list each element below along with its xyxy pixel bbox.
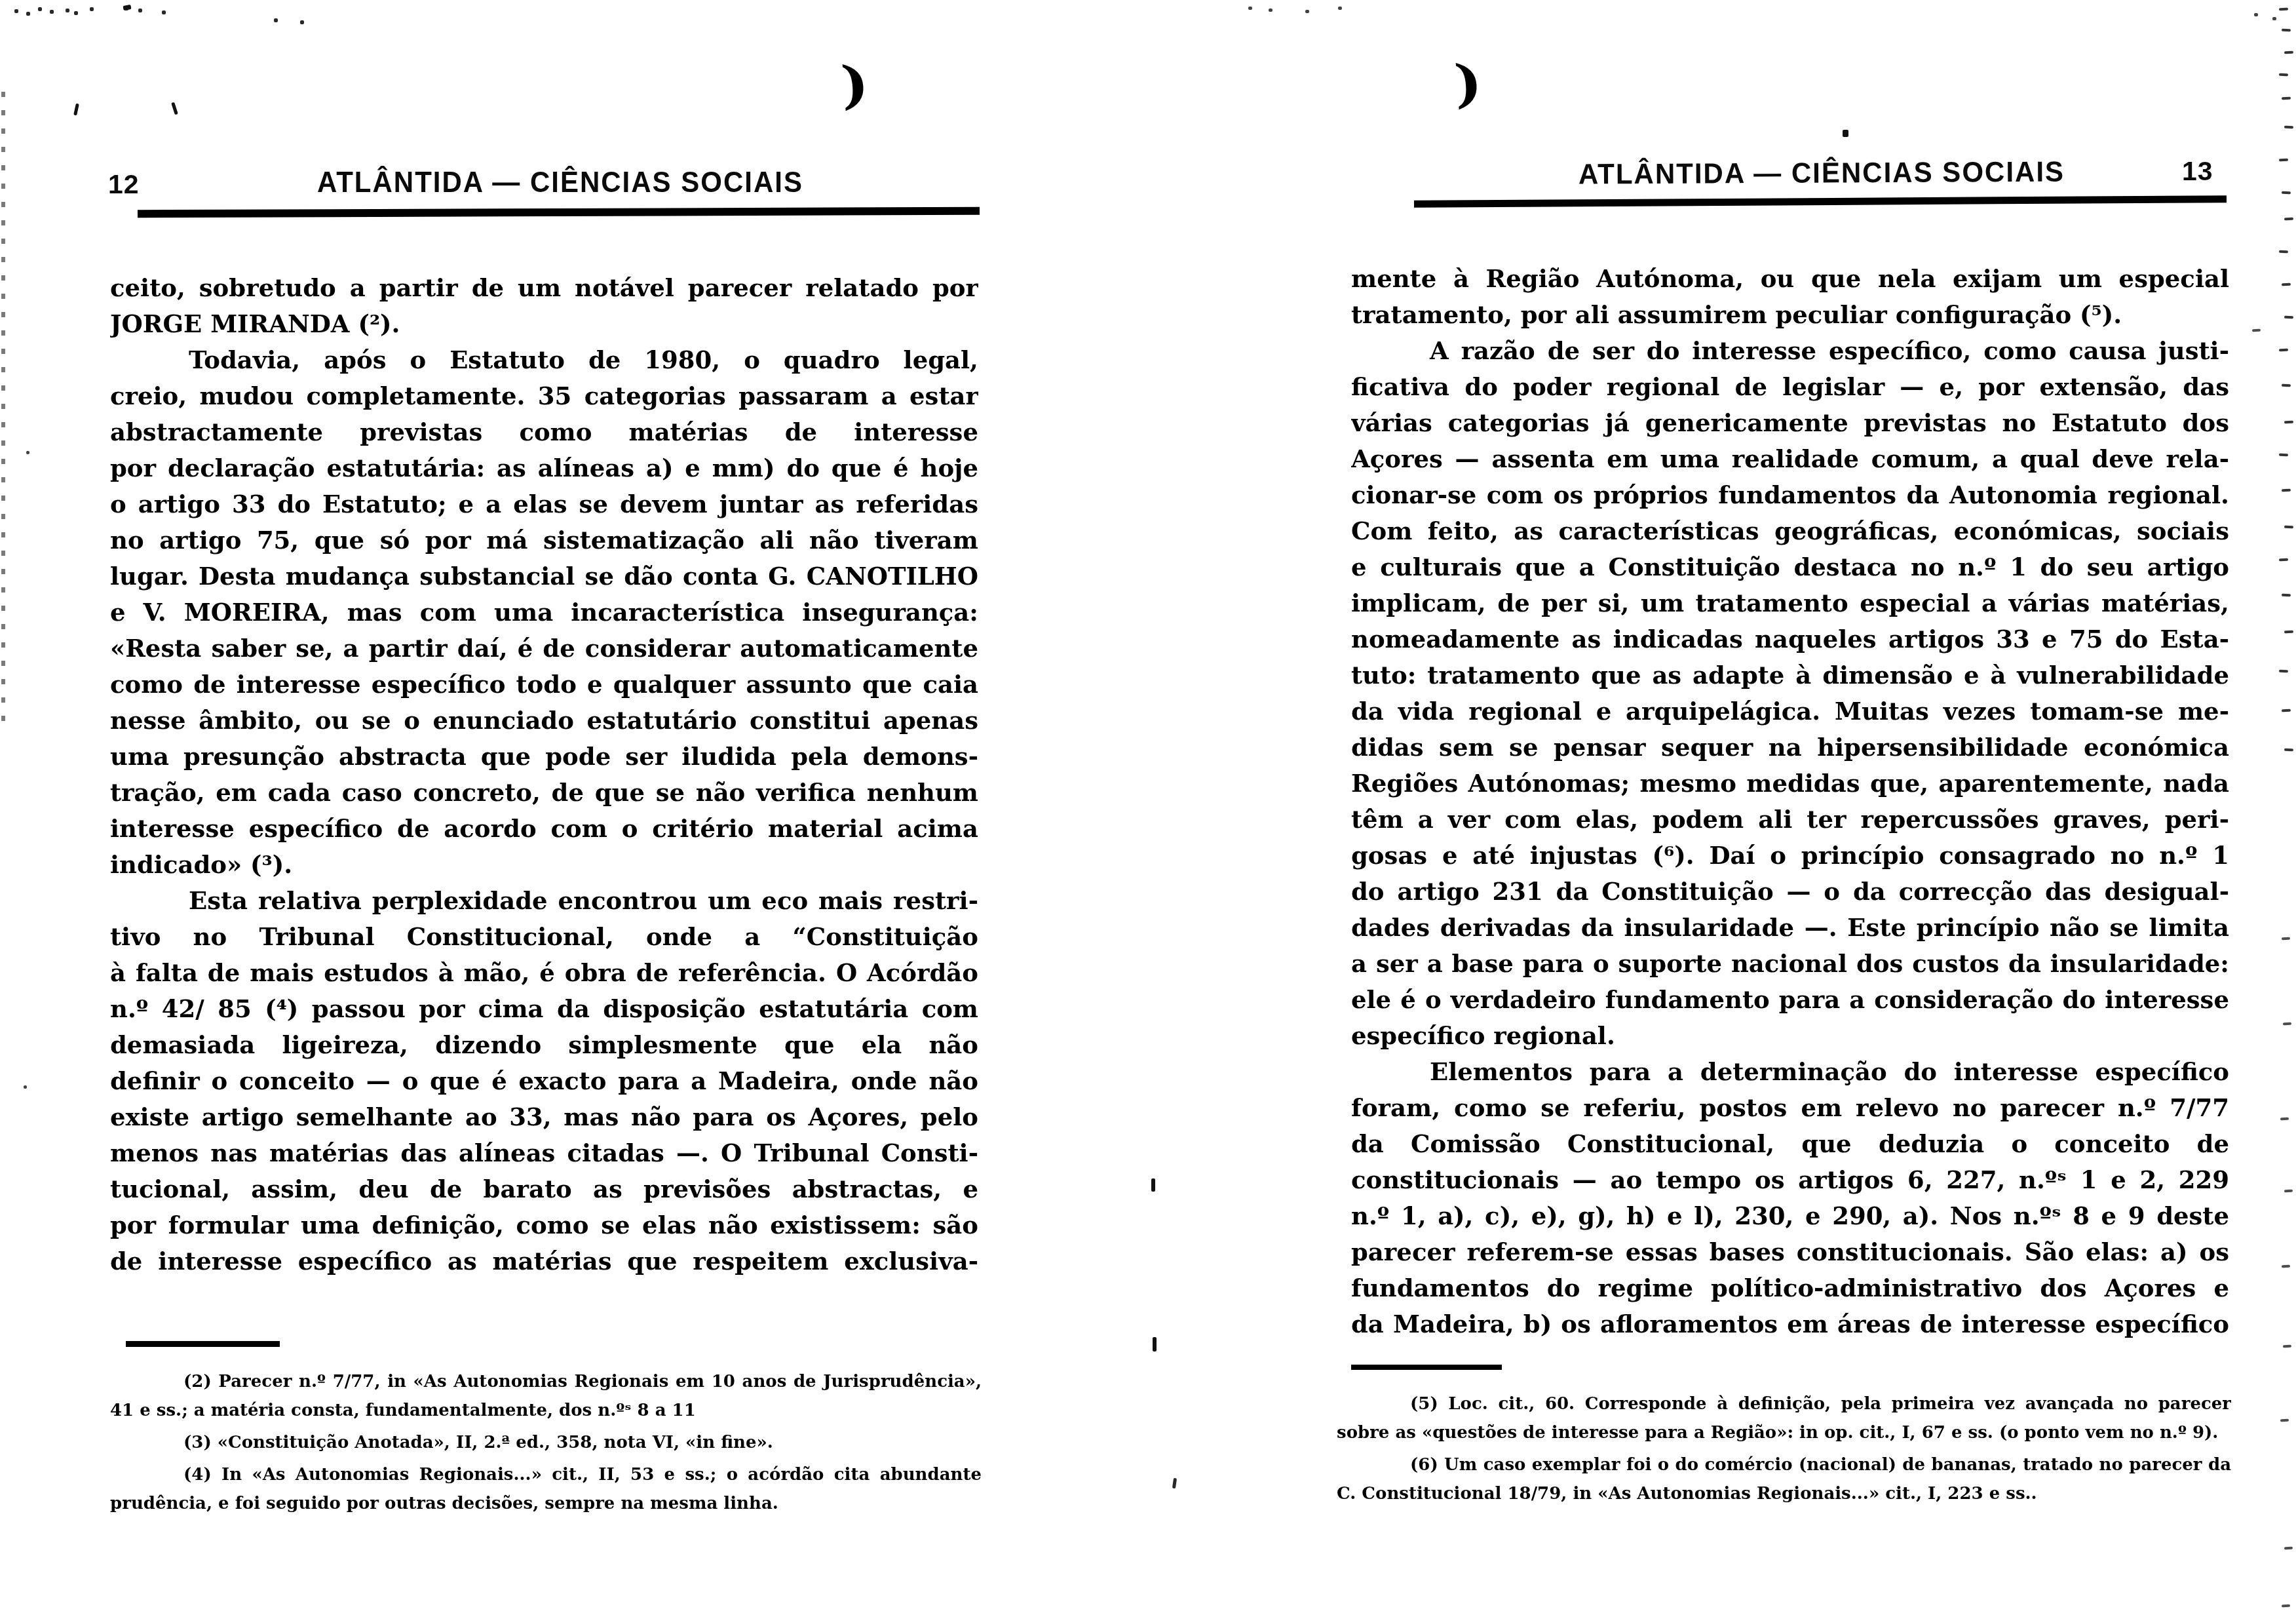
body-line: do artigo 231 da Constituição — o da cor… bbox=[1351, 874, 2229, 910]
scan-speck bbox=[2282, 191, 2291, 195]
scan-speck bbox=[1338, 7, 1342, 10]
scan-speck bbox=[2284, 1547, 2293, 1549]
scan-speck bbox=[2282, 709, 2291, 712]
body-line: como de interesse específico todo e qual… bbox=[110, 667, 978, 703]
body-line: Elementos para a determinação do interes… bbox=[1351, 1054, 2229, 1090]
scan-speck bbox=[2254, 13, 2258, 16]
body-line: mente à Região Autónoma, ou que nela exi… bbox=[1351, 261, 2229, 297]
body-line: creio, mudou completamente. 35 categoria… bbox=[110, 378, 978, 414]
right-header-rule bbox=[1414, 195, 2227, 208]
scan-speck bbox=[2282, 97, 2291, 100]
body-line: constitucionais — ao tempo os artigos 6,… bbox=[1351, 1162, 2229, 1198]
body-line: n.º 1, a), c), e), g), h) e l), 230, e 2… bbox=[1351, 1198, 2229, 1234]
scan-speck bbox=[2280, 1419, 2289, 1422]
body-line: gosas e até injustas (⁶). Daí o princípi… bbox=[1351, 838, 2229, 874]
body-line: Regiões Autónomas; mesmo medidas que, ap… bbox=[1351, 766, 2229, 802]
body-line: à falta de mais estudos à mão, é obra de… bbox=[110, 955, 978, 991]
body-line: foram, como se referiu, postos em relevo… bbox=[1351, 1090, 2229, 1126]
body-line: e culturais que a Constituição destaca n… bbox=[1351, 549, 2229, 585]
scan-speck bbox=[2282, 384, 2291, 387]
scan-speck bbox=[274, 18, 278, 22]
body-line: específico regional. bbox=[1351, 1018, 2229, 1054]
scan-speck bbox=[1843, 130, 1848, 137]
footnote-line: sobre as «questões de interesse para a R… bbox=[1337, 1418, 2231, 1447]
scan-speck bbox=[2284, 1190, 2293, 1192]
body-line: tucional, assim, deu de barato as previs… bbox=[110, 1171, 978, 1207]
right-footnotes: (5) Loc. cit., 60. Corresponde à definiç… bbox=[1337, 1390, 2231, 1511]
body-line: didas sem se pensar sequer na hipersensi… bbox=[1351, 730, 2229, 766]
body-line: abstractamente previstas como matérias d… bbox=[110, 414, 978, 450]
body-line: Com feito, as características geográfica… bbox=[1351, 513, 2229, 549]
scan-speck bbox=[2284, 316, 2293, 319]
body-line: de interesse específico as matérias que … bbox=[110, 1243, 978, 1279]
scan-speck bbox=[1305, 10, 1309, 13]
scan-speck bbox=[2284, 51, 2293, 54]
scan-speck bbox=[2279, 250, 2288, 254]
scan-speck bbox=[2252, 329, 2261, 332]
scan-speck bbox=[2282, 937, 2290, 940]
right-body-text: mente à Região Autónoma, ou que nela exi… bbox=[1351, 261, 2229, 1342]
body-line: o artigo 33 do Estatuto; e a elas se dev… bbox=[110, 486, 978, 522]
left-body-text: ceito, sobretudo a partir de um notável … bbox=[110, 270, 978, 1279]
body-line: existe artigo semelhante ao 33, mas não … bbox=[110, 1099, 978, 1135]
body-line: lugar. Desta mudança substancial se dão … bbox=[110, 558, 978, 594]
body-line: Esta relativa perplexidade encontrou um … bbox=[110, 883, 978, 919]
scan-speck bbox=[1269, 9, 1272, 12]
body-line: interesse específico de acordo com o cri… bbox=[110, 811, 978, 847]
footnote: (4) In «As Autonomias Regionais...» cit.… bbox=[110, 1460, 982, 1518]
scan-speck bbox=[74, 11, 78, 15]
footnote: (6) Um caso exemplar foi o do comércio (… bbox=[1337, 1450, 2231, 1508]
right-running-header: ATLÂNTIDA — CIÊNCIAS SOCIAIS bbox=[1415, 155, 2228, 191]
footnote-line: (5) Loc. cit., 60. Corresponde à definiç… bbox=[1337, 1390, 2231, 1418]
body-line: tratamento, por ali assumirem peculiar c… bbox=[1351, 297, 2229, 333]
footnote-line: C. Constitucional 18/79, in «As Autonomi… bbox=[1337, 1479, 2231, 1508]
scan-speck bbox=[2279, 670, 2288, 673]
scanned-book-spread: { "artifact_glyphs": { "paren": ")" }, "… bbox=[0, 0, 2296, 1615]
body-line: da Madeira, b) os afloramentos em áreas … bbox=[1351, 1306, 2229, 1342]
left-footnote-rule bbox=[126, 1341, 280, 1347]
scan-speck bbox=[300, 20, 304, 24]
scan-speck bbox=[38, 7, 42, 11]
scan-speck bbox=[2283, 1022, 2291, 1025]
left-footnotes: (2) Parecer n.º 7/77, in «As Autonomias … bbox=[110, 1367, 982, 1521]
scan-speck bbox=[2279, 454, 2288, 457]
body-line: indicado» (³). bbox=[110, 847, 978, 883]
footnote: (3) «Constituição Anotada», II, 2.ª ed.,… bbox=[110, 1428, 982, 1457]
body-line: e V. MOREIRA, mas com uma incaracterísti… bbox=[110, 594, 978, 631]
left-running-header: ATLÂNTIDA — CIÊNCIAS SOCIAIS bbox=[141, 166, 980, 199]
scan-speck bbox=[50, 10, 54, 14]
body-line: cionar-se com os próprios fundamentos da… bbox=[1351, 477, 2229, 513]
scan-speck bbox=[26, 12, 30, 16]
scan-speck bbox=[2282, 1265, 2290, 1268]
scan-speck bbox=[2279, 558, 2288, 561]
scan-paren-artifact-left: ) bbox=[839, 54, 871, 116]
body-line: ele é o verdadeiro fundamento para a con… bbox=[1351, 982, 2229, 1018]
body-line: «Resta saber se, a partir daí, é de cons… bbox=[110, 631, 978, 667]
scan-speck bbox=[138, 9, 142, 12]
scan-speck bbox=[1153, 1337, 1157, 1352]
body-line: nomeadamente as indicadas naqueles artig… bbox=[1351, 621, 2229, 657]
body-line: têm a ver com elas, podem ali ter reperc… bbox=[1351, 802, 2229, 838]
body-line: menos nas matérias das alíneas citadas —… bbox=[110, 1135, 978, 1171]
scan-speck bbox=[2279, 8, 2288, 10]
body-line: por formular uma definição, como se elas… bbox=[110, 1207, 978, 1243]
body-line: fundamentos do regime político-administr… bbox=[1351, 1270, 2229, 1306]
body-line: n.º 42/ 85 (⁴) passou por cima da dispos… bbox=[110, 991, 978, 1027]
scan-speck bbox=[90, 7, 94, 11]
body-line: A razão de ser do interesse específico, … bbox=[1351, 333, 2229, 369]
scan-speck bbox=[2284, 421, 2293, 423]
body-line: demasiada ligeireza, dizendo simplesment… bbox=[110, 1027, 978, 1063]
scan-speck bbox=[2282, 594, 2291, 597]
body-line: Todavia, após o Estatuto de 1980, o quad… bbox=[110, 342, 978, 378]
body-line: JORGE MIRANDA (²). bbox=[110, 306, 978, 342]
footnote: (2) Parecer n.º 7/77, in «As Autonomias … bbox=[110, 1367, 982, 1425]
scan-speck bbox=[2284, 126, 2293, 129]
scan-speck bbox=[26, 451, 29, 454]
body-line: tração, em cada caso concreto, de que se… bbox=[110, 775, 978, 811]
scan-speck bbox=[1151, 1178, 1155, 1192]
body-line: tuto: tratamento que as adapte à dimensã… bbox=[1351, 657, 2229, 693]
scan-speck bbox=[2279, 73, 2288, 77]
body-line: dades derivadas da insularidade —. Este … bbox=[1351, 910, 2229, 946]
scan-speck bbox=[2272, 17, 2276, 20]
body-line: uma presunção abstracta que pode ser ilu… bbox=[110, 739, 978, 775]
body-line: implicam, de per si, um tratamento espec… bbox=[1351, 585, 2229, 621]
footnote: (5) Loc. cit., 60. Corresponde à definiç… bbox=[1337, 1390, 2231, 1447]
right-footnote-rule bbox=[1351, 1365, 1502, 1370]
body-line: a ser a base para o suporte nacional dos… bbox=[1351, 946, 2229, 982]
scan-speck bbox=[66, 9, 69, 12]
scan-speck bbox=[1248, 7, 1252, 10]
body-line: nesse âmbito, ou se o enunciado estatutá… bbox=[110, 703, 978, 739]
body-line: Açores — assenta em uma realidade comum,… bbox=[1351, 441, 2229, 477]
scan-paren-artifact-right: ) bbox=[1452, 53, 1484, 115]
body-line: da Comissão Constitucional, que deduzia … bbox=[1351, 1126, 2229, 1162]
body-line: por declaração estatutária: as alíneas a… bbox=[110, 450, 978, 486]
footnote-line: (2) Parecer n.º 7/77, in «As Autonomias … bbox=[110, 1367, 982, 1396]
scan-speck bbox=[2280, 1118, 2289, 1120]
body-line: parecer referem-se essas bases constituc… bbox=[1351, 1234, 2229, 1270]
footnote-line: prudência, e foi seguido por outras deci… bbox=[110, 1489, 982, 1518]
scan-speck bbox=[2279, 349, 2288, 351]
scan-speck bbox=[2284, 749, 2293, 752]
footnote-line: 41 e ss.; a matéria consta, fundamentalm… bbox=[110, 1396, 982, 1425]
left-page-number: 12 bbox=[108, 169, 140, 200]
scan-speck bbox=[14, 9, 18, 13]
scan-speck bbox=[2284, 218, 2293, 220]
body-line: no artigo 75, que só por má sistematizaç… bbox=[110, 522, 978, 558]
scan-speck bbox=[24, 1085, 27, 1089]
footnote-line: (6) Um caso exemplar foi o do comércio (… bbox=[1337, 1450, 2231, 1479]
scan-speck bbox=[2282, 1605, 2290, 1607]
scan-speck bbox=[2284, 526, 2293, 529]
scan-speck bbox=[162, 10, 166, 14]
scan-speck bbox=[2284, 631, 2293, 633]
footnote-line: (3) «Constituição Anotada», II, 2.ª ed.,… bbox=[110, 1428, 982, 1457]
right-page-number: 13 bbox=[2182, 156, 2213, 187]
body-line: da vida regional e arquipelágica. Muitas… bbox=[1351, 693, 2229, 730]
body-line: ceito, sobretudo a partir de um notável … bbox=[110, 270, 978, 306]
left-edge-scan-shadow bbox=[1, 92, 5, 734]
scan-speck bbox=[2282, 283, 2291, 286]
right-page: ATLÂNTIDA — CIÊNCIAS SOCIAIS 13 mente à … bbox=[1148, 0, 2296, 1615]
scan-speck bbox=[2282, 489, 2291, 492]
body-line: definir o conceito — o que é exacto para… bbox=[110, 1063, 978, 1099]
body-line: tivo no Tribunal Constitucional, onde a … bbox=[110, 919, 978, 955]
left-header-rule bbox=[138, 207, 980, 218]
scan-speck bbox=[2282, 29, 2291, 32]
scan-speck bbox=[2283, 1345, 2291, 1348]
scan-speck bbox=[2279, 159, 2288, 161]
footnote-line: (4) In «As Autonomias Regionais...» cit.… bbox=[110, 1460, 982, 1489]
body-line: várias categorias já genericamente previ… bbox=[1351, 405, 2229, 441]
left-page: 12 ATLÂNTIDA — CIÊNCIAS SOCIAIS ceito, s… bbox=[0, 0, 1148, 1615]
body-line: ficativa do poder regional de legislar —… bbox=[1351, 369, 2229, 405]
